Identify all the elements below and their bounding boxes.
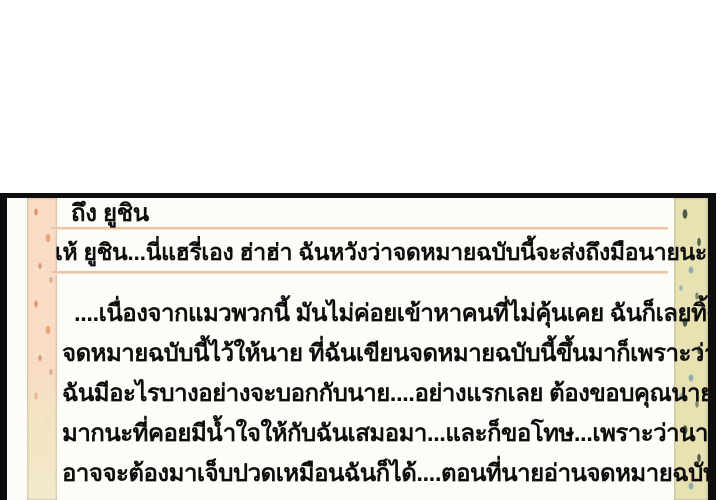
ruled-line bbox=[51, 271, 668, 273]
letter-panel: ถึง ยูชิน เห้ ยูชิน...นี่แฮรี่เอง ฮ่าฮ่า… bbox=[0, 193, 716, 500]
letter-body-line: มากนะที่คอยมีน้ำใจให้กับฉันเสมอมา...และก… bbox=[62, 414, 672, 454]
letter-body: ....เนื่องจากแมวพวกนี้ มันไม่ค่อยเข้าหาค… bbox=[62, 294, 672, 494]
letter-body-line: ....เนื่องจากแมวพวกนี้ มันไม่ค่อยเข้าหาค… bbox=[62, 294, 672, 334]
letter-recipient-line: ถึง ยูชิน bbox=[71, 198, 149, 230]
letter-greeting-line: เห้ ยูชิน...นี่แฮรี่เอง ฮ่าฮ่า ฉันหวังว่… bbox=[55, 235, 707, 269]
washi-tape-left bbox=[27, 198, 57, 500]
letter-body-line: ฉันมีอะไรบางอย่างจะบอกกับนาย....อย่างแรก… bbox=[62, 374, 672, 414]
letter-body-line: จดหมายฉบับนี้ไว้ให้นาย ที่ฉันเขียนจดหมาย… bbox=[62, 334, 672, 374]
letter-body-line: อาจจะต้องมาเจ็บปวดเหมือนฉันก็ได้....ตอนท… bbox=[62, 454, 672, 494]
page-background: ถึง ยูชิน เห้ ยูชิน...นี่แฮรี่เอง ฮ่าฮ่า… bbox=[0, 0, 720, 500]
